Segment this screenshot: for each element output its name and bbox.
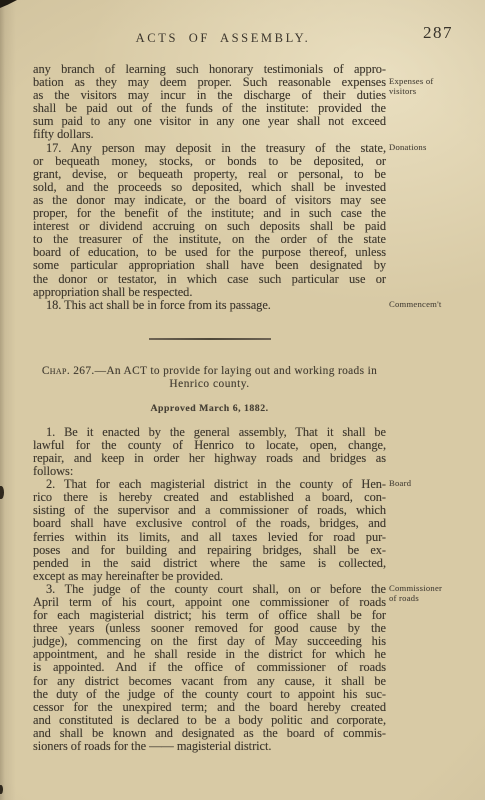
paragraph: 3. The judge of the county court shall, … (33, 583, 386, 753)
text-line: or bequeath money, stocks, or bonds to b… (33, 155, 386, 168)
divider-rule (149, 338, 271, 340)
chapter-heading: Chap. 267.—An ACT to provide for laying … (33, 365, 386, 378)
text-line: for any district becomes vacant from any… (33, 675, 386, 688)
page-body: any branch of learning such honorary tes… (33, 63, 386, 753)
ink-speck (0, 785, 3, 794)
chapter-label: Chap. 267. (42, 365, 95, 377)
text-line: sold, and the proceeds so deposited, whi… (33, 181, 386, 194)
text-line: board shall have exclusive control of th… (33, 517, 386, 530)
margin-note-line: visitors (389, 87, 434, 97)
margin-note: Board (389, 479, 411, 489)
page-corner-mark (0, 0, 17, 8)
margin-note-line: Commencem't (389, 300, 442, 310)
paragraph: any branch of learning such honorary tes… (33, 63, 386, 142)
paragraph: 18. This act shall be in force from its … (33, 299, 386, 312)
text-line: 17. Any person may deposit in the treasu… (33, 142, 386, 155)
paragraph: 1. Be it enacted by the general assembly… (33, 426, 386, 478)
text-line: grant, devise, or bequeath property, rea… (33, 168, 386, 181)
text-line: cessor for the unexpired term; and the b… (33, 701, 386, 714)
text-line: ferries within its limits, and all taxes… (33, 531, 386, 544)
act-267-sections: 1. Be it enacted by the general assembly… (33, 426, 386, 753)
text-line: repair, and keep in order her highway ro… (33, 452, 386, 465)
text-line: the donor or testator, in which case suc… (33, 273, 386, 286)
approval-date: Approved March 6, 1882. (33, 403, 386, 414)
text-line: poses and for building and repairing bri… (33, 544, 386, 557)
margin-note: Commencem't (389, 300, 442, 310)
text-line: pended in the said district where the sa… (33, 557, 386, 570)
chapter-title: —An ACT to provide for laying out and wo… (95, 365, 378, 377)
text-line: and constituted is declared to be a body… (33, 714, 386, 727)
margin-note-line: of roads (389, 594, 442, 604)
text-line: is appointed. And if the office of commi… (33, 661, 386, 674)
text-line: sioners of roads for the —— magisterial … (33, 740, 386, 753)
text-line: 18. This act shall be in force from its … (33, 299, 386, 312)
act-continuation-sections: any branch of learning such honorary tes… (33, 63, 386, 312)
ink-speck (0, 486, 4, 499)
text-line: lawful for the county of Henrico to loca… (33, 439, 386, 452)
text-line: some particular appropriation shall have… (33, 259, 386, 272)
margin-note: Donations (389, 143, 427, 153)
margin-note-line: Board (389, 479, 411, 489)
page-title: ACTS OF ASSEMBLY. (136, 31, 311, 45)
margin-note: Expenses ofvisitors (389, 77, 434, 97)
text-line: appropriation shall be respected. (33, 286, 386, 299)
chapter-heading-line2: Henrico county. (33, 378, 386, 391)
paragraph: 2. That for each magisterial district in… (33, 478, 386, 583)
text-line: the duty of the judge of the county cour… (33, 688, 386, 701)
text-line: except as may hereinafter be provided. (33, 570, 386, 583)
page-number: 287 (423, 23, 453, 43)
text-line: 1. Be it enacted by the general assembly… (33, 426, 386, 439)
section-divider (33, 338, 386, 340)
book-page: ACTS OF ASSEMBLY. 287 any branch of lear… (0, 0, 485, 800)
text-line: fifty dollars. (33, 128, 386, 141)
running-header: ACTS OF ASSEMBLY. (33, 31, 413, 46)
paragraph: 17. Any person may deposit in the treasu… (33, 142, 386, 299)
margin-note-line: Donations (389, 143, 427, 153)
margin-note: Commissionerof roads (389, 584, 442, 604)
